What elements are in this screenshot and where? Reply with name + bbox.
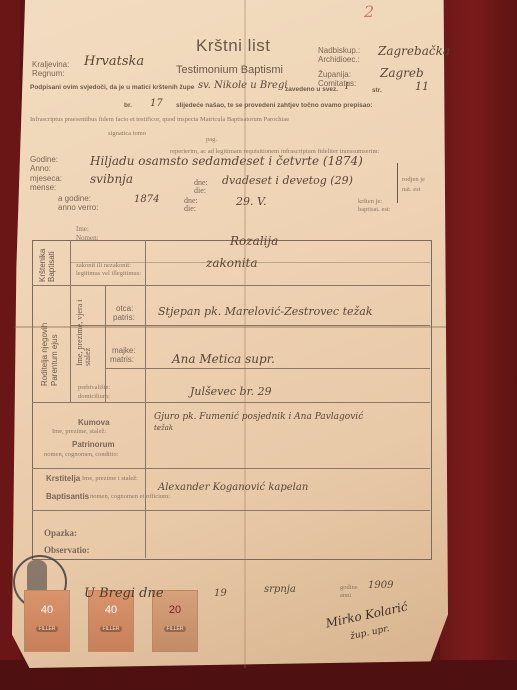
prebivaliste-label: prebivalište: [78, 384, 110, 391]
kraljevina-label: Kraljevina: [32, 60, 69, 69]
agodine-label: a godine: [58, 194, 91, 203]
revenue-stamp-1: 40 FILLÉR [24, 590, 70, 652]
record-table [32, 240, 432, 560]
kumova-label: Kumova [78, 418, 110, 427]
parent-sub-label: Ime, prezime, vjera i stalež [76, 292, 92, 366]
row-line [32, 510, 430, 511]
ime-label: Ime: [76, 225, 89, 233]
latin-line1: Infrascriptus praesentibus fidem facio e… [30, 116, 289, 123]
footer-year: 1909 [368, 580, 393, 591]
cert-br-label: br. [124, 102, 132, 109]
die2-label: die: [184, 204, 196, 213]
row-line [70, 325, 430, 326]
latin-line2a: signatica tomo [108, 130, 146, 137]
matris-label: matris: [110, 355, 134, 364]
krstitelja-label: Krstitelja [46, 474, 80, 483]
stamp-unit: FILLÉR [36, 626, 59, 632]
prebivaliste-value: Julševec br. 29 [190, 385, 272, 398]
kraljevina-value: Hrvatska [84, 54, 144, 69]
baptisantis-sub: nomen, cognomen et officium: [90, 493, 170, 500]
stamp-unit: FILLÉR [164, 626, 187, 632]
baptisat-label: baptisat. est: [358, 206, 391, 213]
dne2-value: 29. V. [236, 195, 267, 208]
cert-str-label: str. [372, 87, 382, 94]
nadbiskup-value: Zagrebačka [378, 44, 450, 58]
krsten-label: kršten je: [358, 198, 382, 205]
background-right [440, 0, 517, 690]
patris-label: patris: [113, 313, 135, 322]
row-line [105, 368, 430, 369]
bracket-line [397, 163, 398, 203]
cert-line1-pre: Podpisani ovim svjedoči, da je u matici … [30, 84, 194, 91]
zakonit-value: zakonita [206, 256, 258, 270]
footer-month: srpnja [264, 584, 296, 595]
annoverro-label: anno verro: [58, 203, 98, 212]
godine-label: Godine: [30, 155, 58, 164]
domicilium-label: domicilium: [78, 393, 110, 400]
footer-place: U Bregi dne [84, 586, 164, 601]
section-parents-label: Roditelja njegovih Parentum ejus [40, 306, 60, 386]
section-baptised-label: Krštenika Baptisati [38, 240, 56, 282]
observatio-label: Observatio: [44, 545, 90, 555]
agodine-value: 1874 [134, 194, 159, 205]
otca-label: otca: [116, 304, 133, 313]
kumova-sub: Ime, prezime, stalež: [52, 428, 106, 435]
mjeseca-value: svibnja [90, 172, 133, 186]
cert-br-value: 17 [150, 98, 163, 109]
footer-godine-label: godine [340, 584, 358, 591]
die-label: die: [194, 186, 206, 195]
row-line [32, 468, 430, 469]
mense-label: mense: [30, 183, 56, 192]
zakonit-label: zakonit ili nezakonit: legitimus vel ill… [76, 262, 142, 278]
majke-label: majke: [112, 346, 136, 355]
cert-str-value: 11 [415, 80, 429, 93]
row-line [32, 285, 430, 286]
row-line [32, 402, 430, 403]
ime-value: Rozalija [230, 234, 278, 248]
kumova-value: Gjuro pk. Fumenić posjednik i Ana Pavlag… [154, 412, 363, 422]
baptisantis-label: Baptisantis [46, 492, 89, 501]
cert-parish-value: sv. Nikole u Bregi [198, 80, 288, 91]
opazka-label: Opazka: [44, 528, 77, 538]
kumova-value-2: težak [154, 424, 173, 432]
nadbiskup-label: Nadbiskup.: [318, 46, 360, 55]
zupanija-label: Županija: [318, 70, 351, 79]
patrinorum-label: Patrinorum [72, 440, 115, 449]
cert-line1-mid: zavedeno u svez. [285, 86, 338, 93]
cert-line2-post: slijedeće našao, te se provedeni zahtjev… [176, 102, 373, 109]
stamp-value: 40 [41, 604, 53, 616]
godine-value: Hiljadu osamsto sedamdeset i četvrte (18… [90, 154, 363, 168]
mjeseca-label: mjeseca: [30, 174, 62, 183]
anno-label: Anno: [30, 164, 51, 173]
majke-value: Ana Metica supr. [172, 352, 275, 366]
stamp-value: 40 [105, 604, 117, 616]
rodjen-label: rodjen je [402, 176, 425, 183]
patrinorum-sub: nomen, cognomen, conditio: [44, 451, 118, 458]
nat-label: nat. est [402, 186, 420, 193]
krstitelja-value: Alexander Koganović kapelan [158, 482, 308, 493]
table-divider-section [70, 240, 71, 402]
cert-volume-value: I [345, 82, 349, 92]
stamp-unit: FILLÉR [100, 626, 123, 632]
otca-value: Stjepan pk. Marelović-Zestrovec težak [158, 305, 373, 318]
nomen-label: Nomen: [76, 234, 99, 242]
regnum-label: Regnum: [32, 69, 64, 78]
krstitelja-sub: Ime, prezime i stalež: [82, 475, 138, 482]
footer-day: 19 [214, 588, 227, 599]
archidioec-label: Archidioec.: [318, 55, 360, 64]
page-mark: 2 [364, 2, 374, 21]
footer-anni-label: anni [340, 592, 351, 599]
stamp-value: 20 [169, 604, 181, 616]
latin-line2b: pag. [206, 136, 217, 143]
zupanija-value: Zagreb [380, 66, 424, 80]
dne-value: dvadeset i devetog (29) [222, 174, 353, 187]
page-subtitle: Testimonium Baptismi [176, 64, 283, 76]
page-title: Krštni list [196, 36, 270, 56]
